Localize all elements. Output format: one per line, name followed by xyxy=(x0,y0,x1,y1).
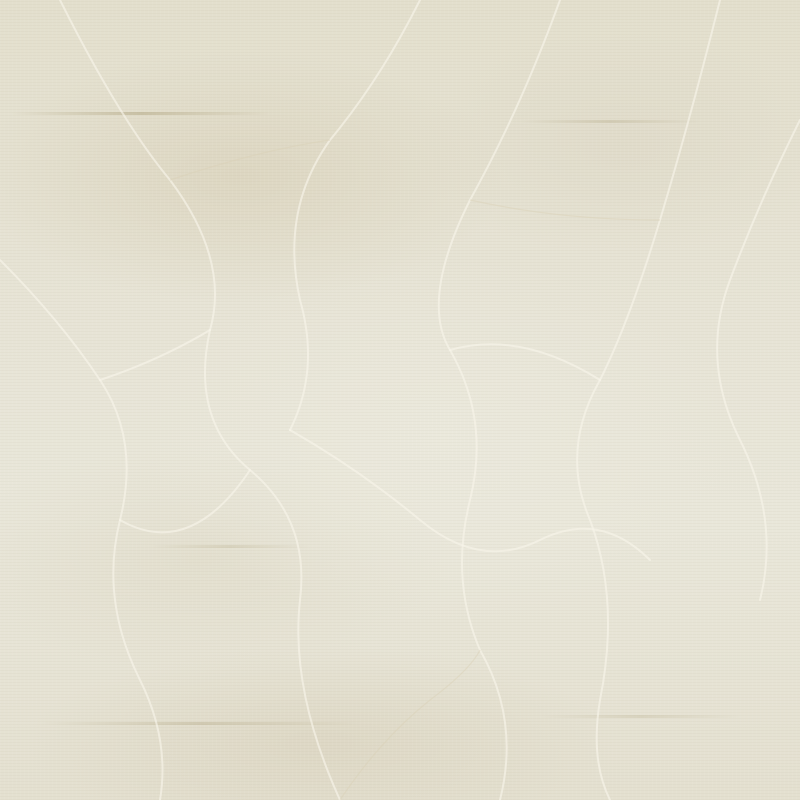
rug-texture-surface xyxy=(0,0,800,800)
lattice-pattern xyxy=(0,0,800,800)
